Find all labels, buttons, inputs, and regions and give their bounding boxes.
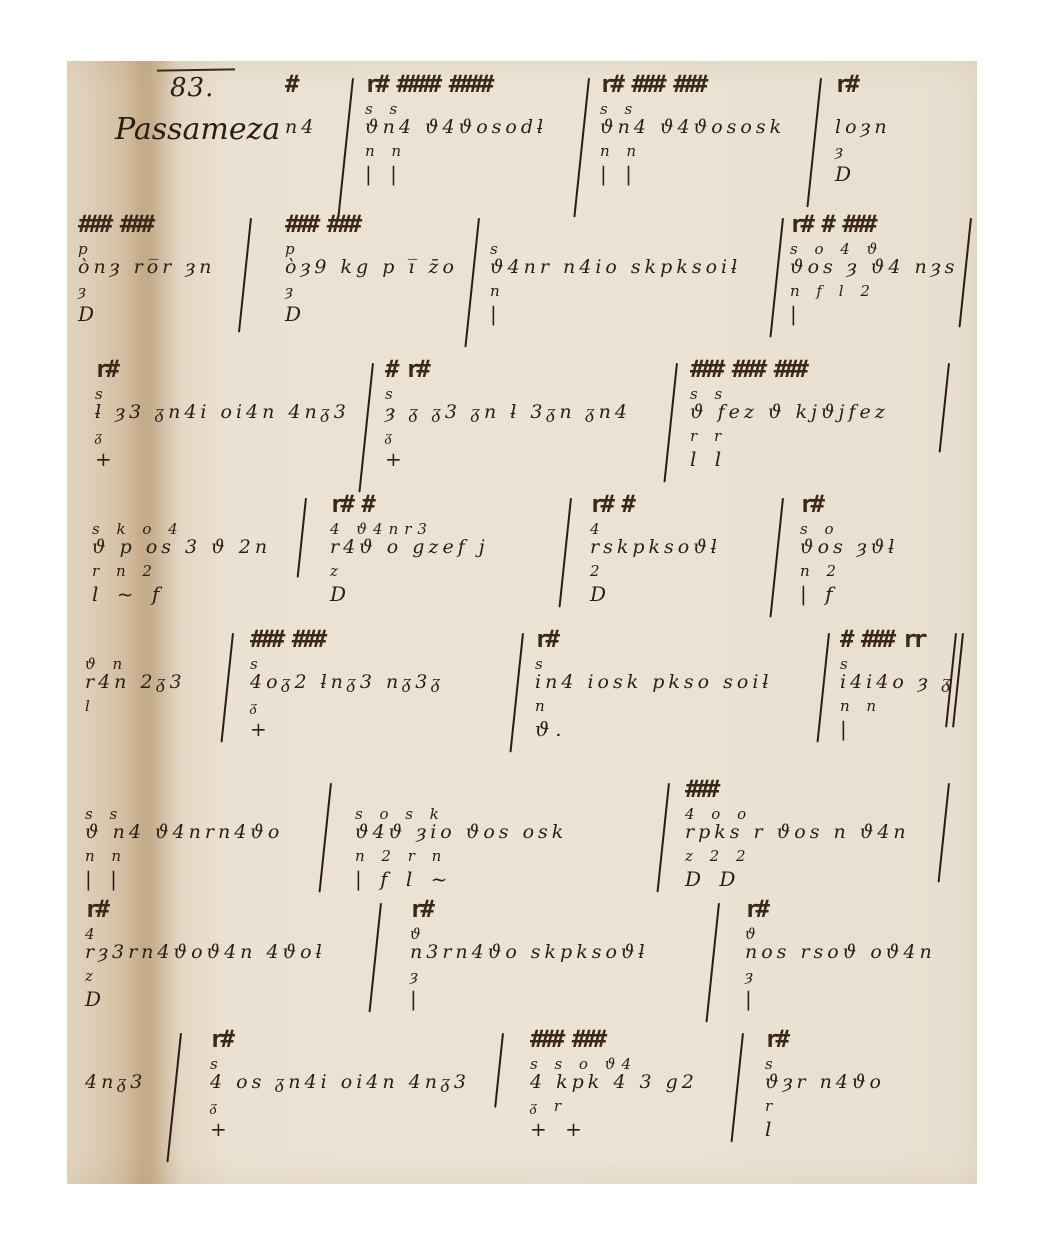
tablature-system: s sϑ n4 ϑ4nrn4ϑon n| |s o s kϑ4ϑ ȝio ϑos… <box>0 775 1047 915</box>
lower-voice: ȝ <box>78 282 92 300</box>
bass-voice: | <box>490 302 503 326</box>
rhythm-flags: r# ### ### <box>600 70 705 98</box>
bass-voice: | f <box>800 582 839 606</box>
lower-voice: n n <box>840 697 882 715</box>
lower-voice: ᵹ r <box>530 1097 567 1116</box>
rhythm-flags: ### ### <box>530 1025 603 1053</box>
bass-voice: D <box>85 987 107 1011</box>
lower-voice: n <box>490 282 506 300</box>
main-voice: nos rsoϑ oϑ4n <box>745 941 936 963</box>
bass-voice: l l <box>690 447 727 471</box>
rhythm-flags: # ### rr <box>840 625 924 653</box>
bass-voice: | | <box>365 162 403 186</box>
rhythm-flags: # <box>285 70 295 98</box>
barline <box>705 903 720 1023</box>
main-voice: 4 os ᵹn4i oi4n 4nᵹ3 <box>210 1071 470 1094</box>
rhythm-flags: ### <box>685 775 716 803</box>
main-voice: i4i4o ȝ ᵹ <box>840 671 955 694</box>
lower-voice: ȝ <box>835 142 849 160</box>
bass-voice: + <box>385 447 408 471</box>
tablature-system: ϑ nr4n 2ᵹ3l### ###s4oᵹ2 ƚnᵹ3 nᵹ3ᵹᵹ+r#sin… <box>0 625 1047 765</box>
lower-voice: n 2 <box>800 562 842 580</box>
main-voice: rskpksoϑƚ <box>590 536 721 558</box>
lower-voice: ᵹ <box>250 697 263 716</box>
rhythm-flags: ### ### <box>78 210 151 238</box>
main-voice: ϑ fez ϑ kjϑjfez <box>690 401 889 423</box>
bass-voice: D <box>330 582 352 606</box>
barline <box>509 633 524 753</box>
bass-voice: D <box>285 302 307 326</box>
tablature-system: #n4r# #### ####s sϑn4 ϑ4ϑosodƚn n| |r# #… <box>0 70 1047 210</box>
bass-voice: | <box>745 987 758 1011</box>
tablature-system: 4nᵹ3r#s4 os ᵹn4i oi4n 4nᵹ3ᵹ+### ###s s o… <box>0 1025 1047 1165</box>
main-voice: ϑ4ϑ ȝio ϑos osk <box>355 821 567 843</box>
main-voice: òȝ9 kg p ı̅ z̄o <box>285 256 458 278</box>
barline <box>663 363 678 483</box>
main-voice: ϑn4 ϑ4ϑosodƚ <box>365 116 547 138</box>
tablature-system: r#4rȝ3rn4ϑoϑ4n 4ϑoƚzDr#ϑn3rn4ϑo skpksoϑƚ… <box>0 895 1047 1035</box>
lower-voice: ȝ <box>410 967 424 985</box>
lower-voice: n f l 2 <box>790 282 876 300</box>
tablature-system: s k o 4ϑ p os 3 ϑ 2nr n 2l ~ fr# #4 ϑ4nr… <box>0 490 1047 630</box>
barline <box>731 1033 744 1143</box>
lower-voice: ȝ <box>285 282 299 300</box>
lower-voice: ᵹ <box>95 427 108 446</box>
lower-voice: n n <box>85 847 127 865</box>
main-voice: r4ϑ o gzef j <box>330 536 489 558</box>
barline <box>369 903 382 1013</box>
barline <box>166 1033 182 1162</box>
barline <box>319 783 332 893</box>
barline <box>221 633 234 743</box>
bass-voice: | <box>840 717 853 741</box>
bass-voice: + <box>210 1117 233 1141</box>
main-voice: loȝn <box>835 116 891 138</box>
main-voice: ϑos ȝϑƚ <box>800 536 898 558</box>
rhythm-flags: r# <box>95 355 116 383</box>
bass-voice: | | <box>85 867 123 891</box>
tablature-system: ### ###pònȝ ro̅r ȝnȝD### ###pòȝ9 kg p ı̅… <box>0 210 1047 350</box>
lower-voice: ᵹ <box>385 427 398 446</box>
rhythm-flags: r# # <box>330 490 372 518</box>
main-voice: ƚ ȝ3 ᵹn4i oi4n 4nᵹ3 <box>95 401 350 424</box>
barline <box>337 78 354 217</box>
barline <box>769 498 784 618</box>
bass-voice: D <box>590 582 612 606</box>
rhythm-flags: ### ### <box>250 625 323 653</box>
main-voice: n4 <box>285 116 317 138</box>
main-voice: r4n 2ᵹ3 <box>85 671 186 694</box>
bass-voice: + + <box>530 1117 588 1141</box>
lower-voice: n n <box>365 142 407 160</box>
bass-voice: + <box>95 447 118 471</box>
lower-voice: z <box>330 562 344 580</box>
rhythm-flags: # r# <box>385 355 427 383</box>
bass-voice: D <box>78 302 100 326</box>
main-voice: 4oᵹ2 ƚnᵹ3 nᵹ3ᵹ <box>250 671 444 694</box>
rhythm-flags: r# # <box>590 490 632 518</box>
rhythm-flags: r# <box>410 895 431 923</box>
lower-voice: r <box>765 1097 778 1115</box>
main-voice: ϑ p os 3 ϑ 2n <box>92 536 271 558</box>
lower-voice: r r <box>690 427 727 445</box>
bass-voice: l ~ f <box>92 582 165 606</box>
bass-voice: D <box>835 162 857 186</box>
barline <box>817 633 830 743</box>
main-voice: ϑos ȝ ϑ4 nȝs <box>790 256 958 278</box>
rhythm-flags: r# <box>800 490 821 518</box>
bass-voice: + <box>250 717 273 741</box>
lower-voice: n <box>535 697 551 715</box>
rhythm-flags: r# #### #### <box>365 70 490 98</box>
bass-voice: l <box>765 1117 777 1141</box>
main-voice: 4nᵹ3 <box>85 1071 146 1094</box>
bass-voice: D D <box>685 867 741 891</box>
lower-voice: r n 2 <box>92 562 158 580</box>
barline <box>238 218 252 333</box>
rhythm-flags: ### ### ### <box>690 355 805 383</box>
main-voice: ȝ ᵹ ᵹ3 ᵹn ƚ 3ᵹn ᵹn4 <box>385 401 631 424</box>
main-voice: in4 iosk pkso soiƚ <box>535 671 773 693</box>
lower-voice: n n <box>600 142 642 160</box>
barline <box>769 218 784 338</box>
main-voice: 4 kpk 4 3 g2 <box>530 1071 698 1093</box>
barline <box>297 498 307 578</box>
rhythm-flags: r# <box>85 895 106 923</box>
main-voice: ϑn4 ϑ4ϑososk <box>600 116 785 138</box>
lower-voice: n 2 r n <box>355 847 447 865</box>
rhythm-flags: r# <box>835 70 856 98</box>
main-voice: ònȝ ro̅r ȝn <box>78 256 215 278</box>
lower-voice: ᵹ <box>210 1097 223 1116</box>
barline <box>573 78 590 217</box>
barline <box>464 218 480 347</box>
rhythm-flags: r# <box>765 1025 786 1053</box>
bass-voice: | | <box>600 162 638 186</box>
bass-voice: | <box>790 302 803 326</box>
rhythm-flags: r# <box>535 625 556 653</box>
main-voice: rpks r ϑos n ϑ4n <box>685 821 910 843</box>
main-voice: ϑ n4 ϑ4nrn4ϑo <box>85 821 283 843</box>
rhythm-flags: ### ### <box>285 210 358 238</box>
barline <box>959 218 972 328</box>
bass-voice: | f l ~ <box>355 867 453 891</box>
bass-voice: ϑ. <box>535 717 568 741</box>
bass-voice: | <box>410 987 423 1011</box>
barline <box>939 363 950 453</box>
rhythm-flags: r# <box>210 1025 231 1053</box>
tablature-system: r#sƚ ȝ3 ᵹn4i oi4n 4nᵹ3ᵹ+# r#sȝ ᵹ ᵹ3 ᵹn ƚ… <box>0 355 1047 495</box>
barline <box>358 363 374 492</box>
lower-voice: l <box>85 697 96 715</box>
main-voice: n3rn4ϑo skpksoϑƚ <box>410 941 649 963</box>
main-voice: ϑ4nr n4io skpksoiƚ <box>490 256 741 278</box>
main-voice: ϑȝr n4ϑo <box>765 1071 885 1093</box>
barline <box>657 783 670 893</box>
lower-voice: z 2 2 <box>685 847 752 865</box>
rhythm-flags: r# # ### <box>790 210 874 238</box>
barline <box>494 1033 504 1108</box>
rhythm-flags: r# <box>745 895 766 923</box>
lower-voice: z <box>85 967 99 985</box>
barline <box>559 498 572 608</box>
lower-voice: 2 <box>590 562 606 580</box>
lower-voice: ȝ <box>745 967 759 985</box>
main-voice: rȝ3rn4ϑoϑ4n 4ϑoƚ <box>85 941 326 963</box>
barline <box>938 783 950 883</box>
barline <box>806 78 822 207</box>
